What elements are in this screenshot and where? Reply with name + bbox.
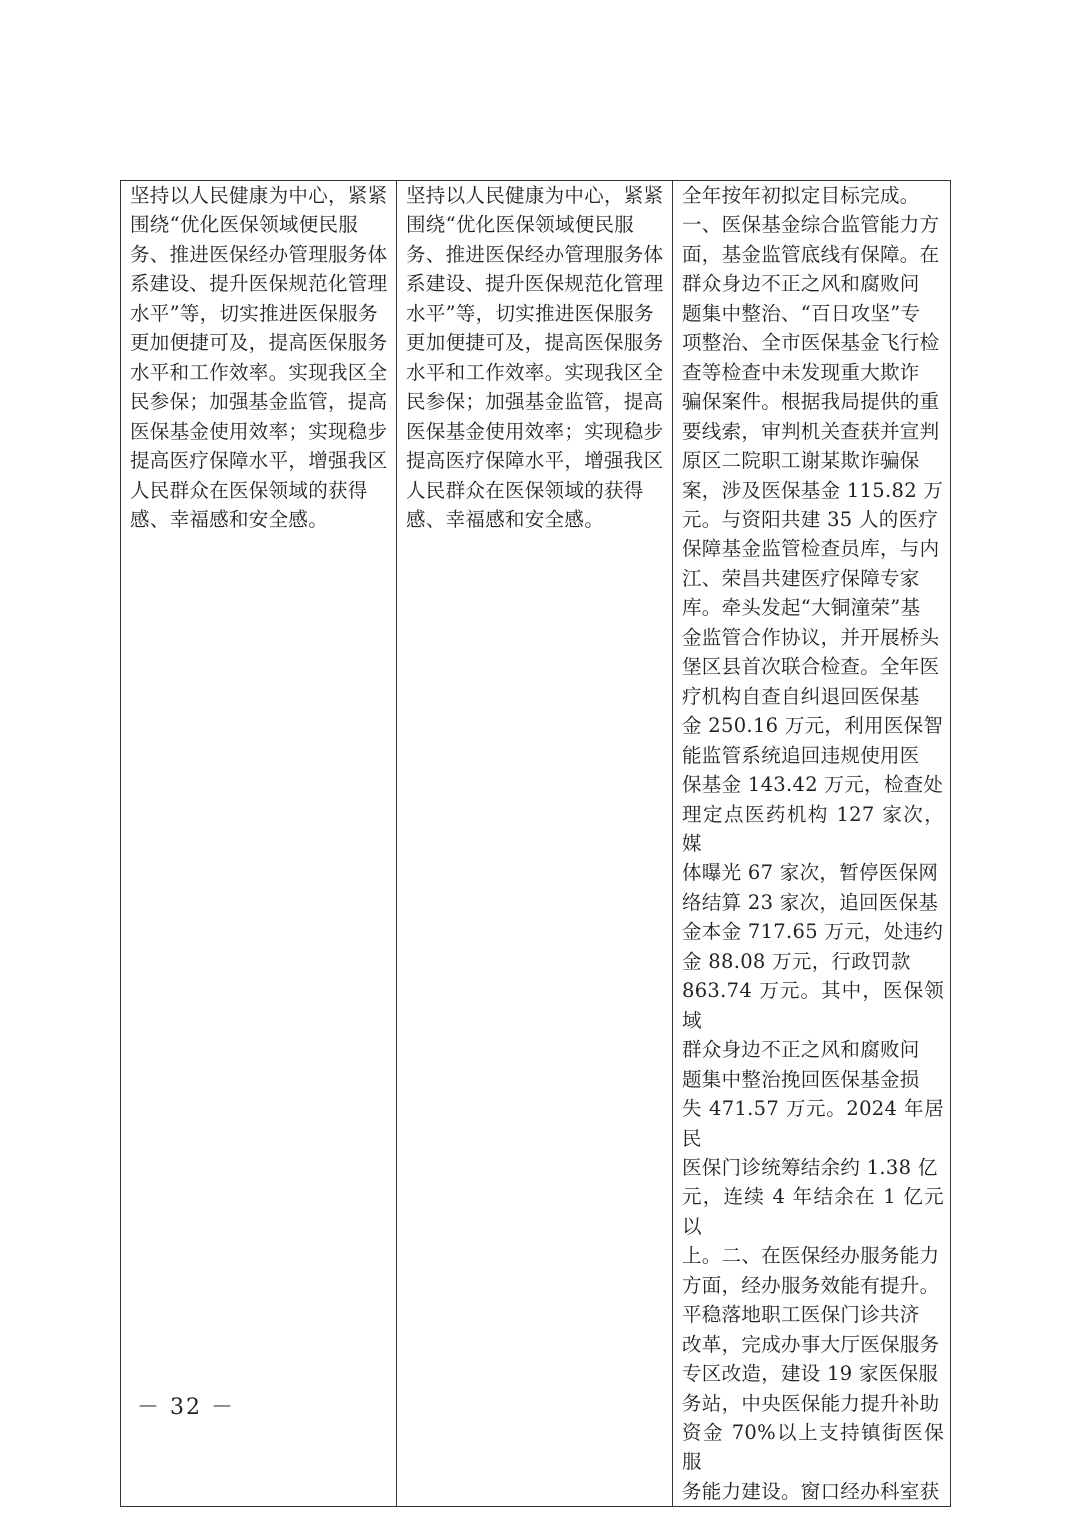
text-line: 查等检查中未发现重大欺诈: [682, 358, 944, 387]
text-line: 务、推进医保经办管理服务体: [406, 240, 666, 269]
text-line: 更加便捷可及，提高医保服务: [130, 328, 390, 357]
text-line: 金本金 717.65 万元，处违约: [682, 917, 944, 946]
text-line: 系建设、提升医保规范化管理: [406, 269, 666, 298]
text-line: 863.74 万元。其中，医保领域: [682, 976, 944, 1035]
text-line: 水平和工作效率。实现我区全: [406, 358, 666, 387]
text-line: 人民群众在医保领域的获得: [406, 476, 666, 505]
text-line: 医保基金使用效率；实现稳步: [130, 417, 390, 446]
text-line: 感、幸福感和安全感。: [406, 505, 666, 534]
text-line: 群众身边不正之风和腐败问: [682, 1035, 944, 1064]
text-line: 金 88.08 万元，行政罚款: [682, 947, 944, 976]
cell-text: 坚持以人民健康为中心，紧紧围绕“优化医保领域便民服务、推进医保经办管理服务体系建…: [130, 181, 390, 534]
text-line: 坚持以人民健康为中心，紧紧: [406, 181, 666, 210]
text-line: 面，基金监管底线有保障。在: [682, 240, 944, 269]
text-line: 人民群众在医保领域的获得: [130, 476, 390, 505]
text-line: 提高医疗保障水平，增强我区: [406, 446, 666, 475]
table-row: 坚持以人民健康为中心，紧紧围绕“优化医保领域便民服务、推进医保经办管理服务体系建…: [121, 181, 951, 1507]
page-number: － 32 －: [137, 1390, 235, 1421]
text-line: 题集中整治、“百日攻坚”专: [682, 299, 944, 328]
cell-text: 坚持以人民健康为中心，紧紧围绕“优化医保领域便民服务、推进医保经办管理服务体系建…: [406, 181, 666, 534]
text-line: 水平和工作效率。实现我区全: [130, 358, 390, 387]
text-line: 围绕“优化医保领域便民服: [406, 210, 666, 239]
text-line: 失 471.57 万元。2024 年居民: [682, 1094, 944, 1153]
text-line: 能监管系统追回违规使用医: [682, 741, 944, 770]
text-line: 系建设、提升医保规范化管理: [130, 269, 390, 298]
cell-text: 全年按年初拟定目标完成。一、医保基金综合监管能力方面，基金监管底线有保障。在群众…: [682, 181, 944, 1506]
content-table: 坚持以人民健康为中心，紧紧围绕“优化医保领域便民服务、推进医保经办管理服务体系建…: [120, 180, 951, 1507]
text-line: 保障基金监管检查员库，与内: [682, 534, 944, 563]
text-line: 务站，中央医保能力提升补助: [682, 1389, 944, 1418]
text-line: 题集中整治挽回医保基金损: [682, 1065, 944, 1094]
text-line: 专区改造，建设 19 家医保服: [682, 1359, 944, 1388]
text-line: 平稳落地职工医保门诊共济: [682, 1300, 944, 1329]
text-line: 元。与资阳共建 35 人的医疗: [682, 505, 944, 534]
text-line: 库。牵头发起“大铜潼荣”基: [682, 593, 944, 622]
table-cell-completion: 全年按年初拟定目标完成。一、医保基金综合监管能力方面，基金监管底线有保障。在群众…: [673, 181, 951, 1507]
text-line: 要线索，审判机关查获并宣判: [682, 417, 944, 446]
text-line: 务、推进医保经办管理服务体: [130, 240, 390, 269]
text-line: 堡区县首次联合检查。全年医: [682, 652, 944, 681]
text-line: 水平”等，切实推进医保服务: [130, 299, 390, 328]
text-line: 方面，经办服务效能有提升。: [682, 1271, 944, 1300]
text-line: 提高医疗保障水平，增强我区: [130, 446, 390, 475]
text-line: 疗机构自查自纠退回医保基: [682, 682, 944, 711]
text-line: 感、幸福感和安全感。: [130, 505, 390, 534]
table-cell-target: 坚持以人民健康为中心，紧紧围绕“优化医保领域便民服务、推进医保经办管理服务体系建…: [397, 181, 673, 1507]
table-cell-goal: 坚持以人民健康为中心，紧紧围绕“优化医保领域便民服务、推进医保经办管理服务体系建…: [121, 181, 397, 1507]
text-line: 上。二、在医保经办服务能力: [682, 1241, 944, 1270]
text-line: 医保基金使用效率；实现稳步: [406, 417, 666, 446]
text-line: 务能力建设。窗口经办科室获: [682, 1477, 944, 1506]
text-line: 民参保；加强基金监管，提高: [130, 387, 390, 416]
text-line: 围绕“优化医保领域便民服: [130, 210, 390, 239]
text-line: 资金 70%以上支持镇街医保服: [682, 1418, 944, 1477]
text-line: 江、荣昌共建医疗保障专家: [682, 564, 944, 593]
text-line: 金监管合作协议，并开展桥头: [682, 623, 944, 652]
text-line: 项整治、全市医保基金飞行检: [682, 328, 944, 357]
text-line: 一、医保基金综合监管能力方: [682, 210, 944, 239]
text-line: 骗保案件。根据我局提供的重: [682, 387, 944, 416]
text-line: 络结算 23 家次，追回医保基: [682, 888, 944, 917]
text-line: 元，连续 4 年结余在 1 亿元以: [682, 1182, 944, 1241]
text-line: 坚持以人民健康为中心，紧紧: [130, 181, 390, 210]
text-line: 水平”等，切实推进医保服务: [406, 299, 666, 328]
text-line: 金 250.16 万元，利用医保智: [682, 711, 944, 740]
text-line: 民参保；加强基金监管，提高: [406, 387, 666, 416]
text-line: 群众身边不正之风和腐败问: [682, 269, 944, 298]
text-line: 原区二院职工谢某欺诈骗保: [682, 446, 944, 475]
text-line: 案，涉及医保基金 115.82 万: [682, 476, 944, 505]
text-line: 保基金 143.42 万元，检查处: [682, 770, 944, 799]
text-line: 医保门诊统筹结余约 1.38 亿: [682, 1153, 944, 1182]
text-line: 改革，完成办事大厅医保服务: [682, 1330, 944, 1359]
text-line: 理定点医药机构 127 家次，媒: [682, 800, 944, 859]
text-line: 体曝光 67 家次，暂停医保网: [682, 858, 944, 887]
text-line: 更加便捷可及，提高医保服务: [406, 328, 666, 357]
text-line: 全年按年初拟定目标完成。: [682, 181, 944, 210]
